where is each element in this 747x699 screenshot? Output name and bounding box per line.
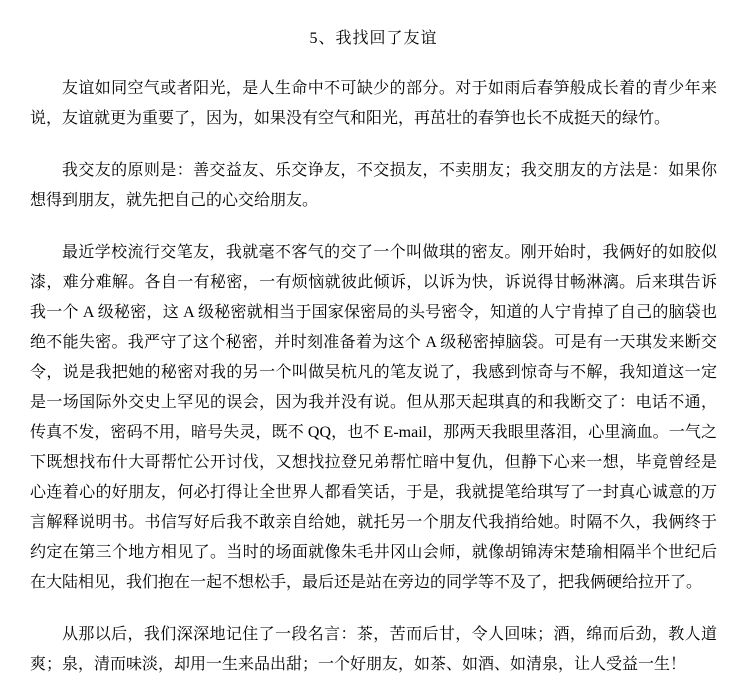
- essay-paragraph-4: 从那以后，我们深深地记住了一段名言：茶，苦而后甘，令人回味；酒，绵而后劲，教人道…: [30, 620, 717, 680]
- essay-paragraph-3: 最近学校流行交笔友，我就毫不客气的交了一个叫做琪的密友。刚开始时，我俩好的如胶似…: [30, 238, 717, 598]
- essay-title: 5、我找回了友谊: [30, 24, 717, 54]
- essay-paragraph-2: 我交友的原则是：善交益友、乐交诤友，不交损友，不卖朋友；我交朋友的方法是：如果你…: [30, 156, 717, 216]
- essay-page: 5、我找回了友谊 友谊如同空气或者阳光，是人生命中不可缺少的部分。对于如雨后春笋…: [0, 0, 747, 699]
- essay-paragraph-1: 友谊如同空气或者阳光，是人生命中不可缺少的部分。对于如雨后春笋般成长着的青少年来…: [30, 74, 717, 134]
